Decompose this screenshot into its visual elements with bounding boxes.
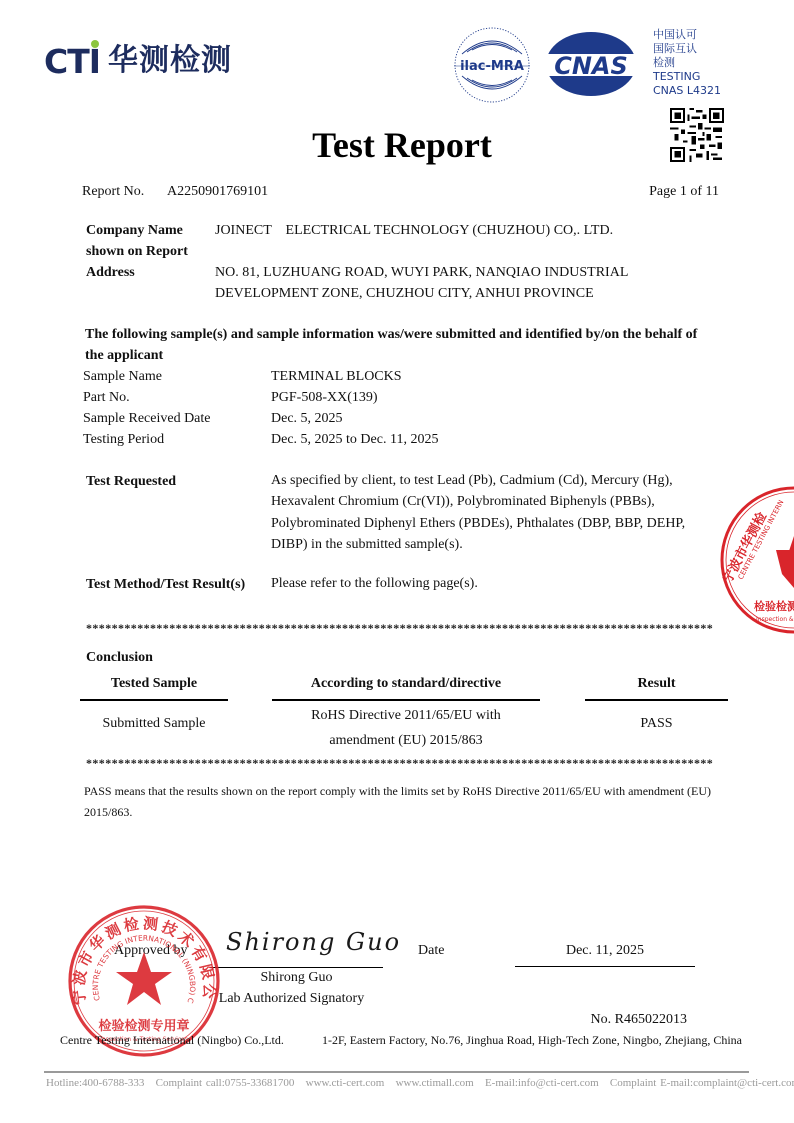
svg-text:Inspection & T: Inspection & T [756, 616, 794, 623]
issuer-company: Centre Testing International (Ningbo) Co… [60, 1033, 284, 1048]
col-header-result: Result [585, 676, 728, 692]
test-requested-label: Test Requested [86, 471, 176, 492]
cell-result-pass: PASS [585, 716, 728, 732]
note-line1: PASS means that the results shown on the… [84, 781, 724, 802]
report-number-label: Report No. [82, 184, 144, 200]
test-method-label: Test Method/Test Result(s) [86, 574, 245, 595]
testing-period-label: Testing Period [83, 429, 211, 450]
test-requested-line: Hexavalent Chromium (Cr(VI)), Polybromin… [271, 491, 685, 512]
address-value: NO. 81, LUZHUANG ROAD, WUYI PARK, NANQIA… [215, 262, 628, 304]
date-value: Dec. 11, 2025 [515, 943, 695, 959]
test-requested-value: As specified by client, to test Lead (Pb… [271, 470, 685, 555]
svg-text:检验检测专用章: 检验检测专用章 [98, 1018, 189, 1034]
test-method-value: Please refer to the following page(s). [271, 573, 478, 594]
note-line2: 2015/863. [84, 802, 724, 823]
svg-text:ilac-MRA: ilac-MRA [460, 59, 524, 74]
footer-contact: Hotline:400-6788-333 Complaint call:0755… [46, 1077, 794, 1089]
signer-title: Lab Authorized Signatory [200, 991, 383, 1007]
sample-intro-line2: the applicant [85, 345, 725, 366]
part-number-label: Part No. [83, 387, 211, 408]
signer-name: Shirong Guo [210, 970, 383, 986]
separator-stars: ****************************************… [86, 621, 713, 636]
cnas-line: CNAS L4321 [653, 84, 721, 98]
address-line1: NO. 81, LUZHUANG ROAD, WUYI PARK, NANQIA… [215, 262, 628, 283]
signature: Shirong Guo [226, 928, 401, 956]
svg-text:CNAS: CNAS [554, 52, 628, 80]
svg-text:检验检测: 检验检测 [754, 599, 794, 613]
company-name-label: Company Name shown on Report [86, 220, 188, 262]
testing-period-value: Dec. 5, 2025 to Dec. 11, 2025 [271, 429, 438, 450]
report-serial-number: No. R465022013 [591, 1012, 687, 1028]
col-header-tested-sample: Tested Sample [80, 676, 228, 692]
sample-field-values: TERMINAL BLOCKS PGF-508-XX(139) Dec. 5, … [271, 366, 438, 450]
cnas-line: TESTING [653, 70, 721, 84]
logo-green-dot [91, 40, 99, 48]
address-label: Address [86, 262, 135, 283]
sample-received-date-value: Dec. 5, 2025 [271, 408, 438, 429]
cti-logo-latin: CTI [44, 45, 100, 78]
cnas-accreditation-text: 中国认可 国际互认 检测 TESTING CNAS L4321 [653, 28, 721, 98]
cti-logo: CTI 华测检测 [44, 44, 232, 78]
cnas-logo: CNAS [544, 30, 638, 98]
page-indicator: Page 1 of 11 [649, 184, 719, 200]
signature-line [210, 967, 383, 968]
pass-definition-note: PASS means that the results shown on the… [84, 781, 724, 823]
cell-tested-sample: Submitted Sample [80, 716, 228, 732]
date-line [515, 966, 695, 967]
footer-divider [44, 1071, 749, 1073]
company-name-value: JOINECT ELECTRICAL TECHNOLOGY (CHUZHOU) … [215, 220, 613, 241]
sample-field-labels: Sample Name Part No. Sample Received Dat… [83, 366, 211, 450]
cnas-line: 国际互认 [653, 42, 721, 56]
sample-name-label: Sample Name [83, 366, 211, 387]
sample-intro-line1: The following sample(s) and sample infor… [85, 324, 725, 345]
header-rule [80, 699, 228, 701]
issuer-address: 1-2F, Eastern Factory, No.76, Jinghua Ro… [322, 1033, 742, 1048]
cell-standard: RoHS Directive 2011/65/EU with amendment… [272, 703, 540, 753]
test-requested-line: As specified by client, to test Lead (Pb… [271, 470, 685, 491]
sample-intro: The following sample(s) and sample infor… [85, 324, 725, 366]
header-rule [585, 699, 728, 701]
date-label: Date [418, 943, 444, 959]
header-rule [272, 699, 540, 701]
cnas-line: 检测 [653, 56, 721, 70]
ilac-mra-logo: ilac-MRA [452, 26, 532, 104]
company-name-label-line1: Company Name [86, 220, 188, 241]
cell-standard-line2: amendment (EU) 2015/863 [272, 728, 540, 753]
sample-received-date-label: Sample Received Date [83, 408, 211, 429]
address-line2: DEVELOPMENT ZONE, CHUZHOU CITY, ANHUI PR… [215, 283, 628, 304]
page-title: Test Report [0, 124, 794, 166]
conclusion-heading: Conclusion [86, 647, 153, 668]
cnas-line: 中国认可 [653, 28, 721, 42]
cti-logo-chinese: 华测检测 [108, 46, 232, 76]
part-number-value: PGF-508-XX(139) [271, 387, 438, 408]
test-requested-line: DIBP) in the submitted sample(s). [271, 534, 685, 555]
company-name-label-line2: shown on Report [86, 241, 188, 262]
sample-name-value: TERMINAL BLOCKS [271, 366, 438, 387]
report-number-value: A2250901769101 [167, 184, 268, 200]
inspection-seal-right: 宁波市华测检 CENTRE TESTING INTERN 检验检测 Inspec… [716, 484, 794, 636]
col-header-standard: According to standard/directive [272, 676, 540, 692]
test-requested-line: Polybrominated Diphenyl Ethers (PBDEs), … [271, 513, 685, 534]
cell-standard-line1: RoHS Directive 2011/65/EU with [272, 703, 540, 728]
separator-stars: ****************************************… [86, 756, 713, 771]
